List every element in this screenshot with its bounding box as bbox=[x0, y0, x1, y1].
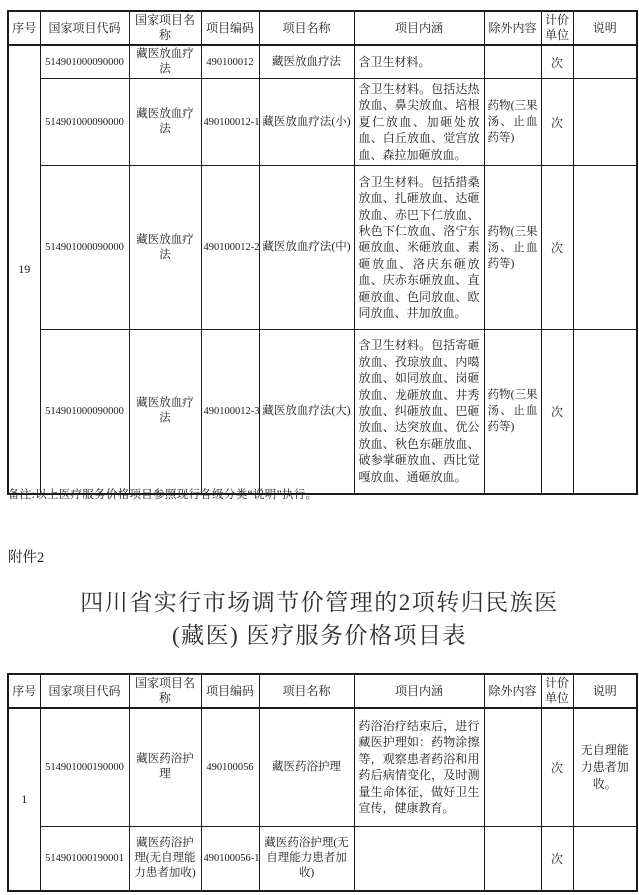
header-national-code: 国家项目代码 bbox=[40, 674, 129, 708]
exclusion-cell: 药物(三果汤、止血药等) bbox=[484, 330, 541, 494]
content-cell: 药浴治疗结束后，进行藏医护理如：药物涂擦等，观察患者药浴和用药后病情变化，及时测… bbox=[354, 708, 484, 826]
table-header-row: 序号 国家项目代码 国家项目名称 项目编码 项目名称 项目内涵 除外内容 计价单… bbox=[8, 11, 637, 45]
title-line-1: 四川省实行市场调节价管理的2项转归民族医 bbox=[0, 586, 639, 619]
national-name-cell: 藏医放血疗法 bbox=[129, 45, 201, 79]
unit-cell: 次 bbox=[541, 79, 573, 166]
unit-cell: 次 bbox=[541, 826, 573, 891]
exclusion-cell: 药物(三果汤、止血药等) bbox=[484, 166, 541, 330]
header-exclusion: 除外内容 bbox=[484, 674, 541, 708]
national-code-cell: 514901000190000 bbox=[40, 708, 129, 826]
note-cell bbox=[573, 330, 637, 494]
national-name-cell: 藏医放血疗法 bbox=[129, 166, 201, 330]
exclusion-cell: 药物(三果汤、止血药等) bbox=[484, 79, 541, 166]
item-name-cell: 藏医放血疗法(大) bbox=[259, 330, 354, 494]
unit-cell: 次 bbox=[541, 45, 573, 79]
national-name-cell: 藏医放血疗法 bbox=[129, 330, 201, 494]
table-row: 514901000090000 藏医放血疗法 490100012-1 藏医放血疗… bbox=[8, 79, 637, 166]
header-exclusion: 除外内容 bbox=[484, 11, 541, 45]
header-item-code: 项目编码 bbox=[201, 11, 259, 45]
table-row: 19 514901000090000 藏医放血疗法 490100012 藏医放血… bbox=[8, 45, 637, 79]
header-item-name: 项目名称 bbox=[259, 674, 354, 708]
national-name-cell: 藏医放血疗法 bbox=[129, 79, 201, 166]
national-code-cell: 514901000190001 bbox=[40, 826, 129, 891]
content-cell: 含卫生材料。包括寄砸放血、孜琼放血、内噶放血、如同放血、岗砸放血、龙砸放血、井秀… bbox=[354, 330, 484, 494]
item-name-cell: 藏医药浴护理(无自理能力患者加收) bbox=[259, 826, 354, 891]
item-code-cell: 490100012 bbox=[201, 45, 259, 79]
header-national-name: 国家项目名称 bbox=[129, 674, 201, 708]
national-code-cell: 514901000090000 bbox=[40, 330, 129, 494]
national-code-cell: 514901000090000 bbox=[40, 45, 129, 79]
exclusion-cell bbox=[484, 45, 541, 79]
header-unit: 计价单位 bbox=[541, 674, 573, 708]
header-seq: 序号 bbox=[8, 11, 40, 45]
content-cell bbox=[354, 826, 484, 891]
header-item-name: 项目名称 bbox=[259, 11, 354, 45]
bath-nursing-price-table: 序号 国家项目代码 国家项目名称 项目编码 项目名称 项目内涵 除外内容 计价单… bbox=[7, 673, 638, 892]
header-content: 项目内涵 bbox=[354, 11, 484, 45]
exclusion-cell bbox=[484, 708, 541, 826]
item-name-cell: 藏医放血疗法 bbox=[259, 45, 354, 79]
header-item-code: 项目编码 bbox=[201, 674, 259, 708]
attachment-label: 附件2 bbox=[8, 546, 44, 567]
content-cell: 含卫生材料。包括措桑放血、扎砸放血、达砸放血、赤巴下仁放血、秋色下仁放血、洛宁东… bbox=[354, 166, 484, 330]
seq-cell: 1 bbox=[8, 708, 40, 891]
note-cell bbox=[573, 166, 637, 330]
note-cell: 无自理能力患者加收。 bbox=[573, 708, 637, 826]
item-code-cell: 490100056-1 bbox=[201, 826, 259, 891]
header-unit: 计价单位 bbox=[541, 11, 573, 45]
item-code-cell: 490100056 bbox=[201, 708, 259, 826]
note-cell bbox=[573, 45, 637, 79]
bloodletting-price-table: 序号 国家项目代码 国家项目名称 项目编码 项目名称 项目内涵 除外内容 计价单… bbox=[7, 10, 638, 495]
seq-cell: 19 bbox=[8, 45, 40, 494]
header-national-name: 国家项目名称 bbox=[129, 11, 201, 45]
note-cell bbox=[573, 79, 637, 166]
header-note: 说明 bbox=[573, 11, 637, 45]
header-content: 项目内涵 bbox=[354, 674, 484, 708]
document-page: 序号 国家项目代码 国家项目名称 项目编码 项目名称 项目内涵 除外内容 计价单… bbox=[0, 0, 639, 895]
unit-cell: 次 bbox=[541, 708, 573, 826]
national-code-cell: 514901000090000 bbox=[40, 79, 129, 166]
national-name-cell: 藏医药浴护理(无自理能力患者加收) bbox=[129, 826, 201, 891]
header-note: 说明 bbox=[573, 674, 637, 708]
document-title: 四川省实行市场调节价管理的2项转归民族医 (藏医) 医疗服务价格项目表 bbox=[0, 586, 639, 652]
item-name-cell: 藏医放血疗法(小) bbox=[259, 79, 354, 166]
exclusion-cell bbox=[484, 826, 541, 891]
table-row: 514901000090000 藏医放血疗法 490100012-3 藏医放血疗… bbox=[8, 330, 637, 494]
item-name-cell: 藏医药浴护理 bbox=[259, 708, 354, 826]
item-code-cell: 490100012-3 bbox=[201, 330, 259, 494]
item-code-cell: 490100012-1 bbox=[201, 79, 259, 166]
content-cell: 含卫生材料。包括达热放血、鼻尖放血、培根夏仁放血、加砸处放血、白丘放血、觉宫放血… bbox=[354, 79, 484, 166]
national-code-cell: 514901000090000 bbox=[40, 166, 129, 330]
header-seq: 序号 bbox=[8, 674, 40, 708]
header-national-code: 国家项目代码 bbox=[40, 11, 129, 45]
table-header-row: 序号 国家项目代码 国家项目名称 项目编码 项目名称 项目内涵 除外内容 计价单… bbox=[8, 674, 637, 708]
content-cell: 含卫生材料。 bbox=[354, 45, 484, 79]
national-name-cell: 藏医药浴护理 bbox=[129, 708, 201, 826]
item-name-cell: 藏医放血疗法(中) bbox=[259, 166, 354, 330]
table-remark: 备注:以上医疗服务价格项目参照现行各级分类“说明”执行。 bbox=[8, 486, 317, 502]
unit-cell: 次 bbox=[541, 166, 573, 330]
unit-cell: 次 bbox=[541, 330, 573, 494]
note-cell bbox=[573, 826, 637, 891]
item-code-cell: 490100012-2 bbox=[201, 166, 259, 330]
table-row: 514901000090000 藏医放血疗法 490100012-2 藏医放血疗… bbox=[8, 166, 637, 330]
table-row: 514901000190001 藏医药浴护理(无自理能力患者加收) 490100… bbox=[8, 826, 637, 891]
title-line-2: (藏医) 医疗服务价格项目表 bbox=[0, 619, 639, 652]
table-row: 1 514901000190000 藏医药浴护理 490100056 藏医药浴护… bbox=[8, 708, 637, 826]
